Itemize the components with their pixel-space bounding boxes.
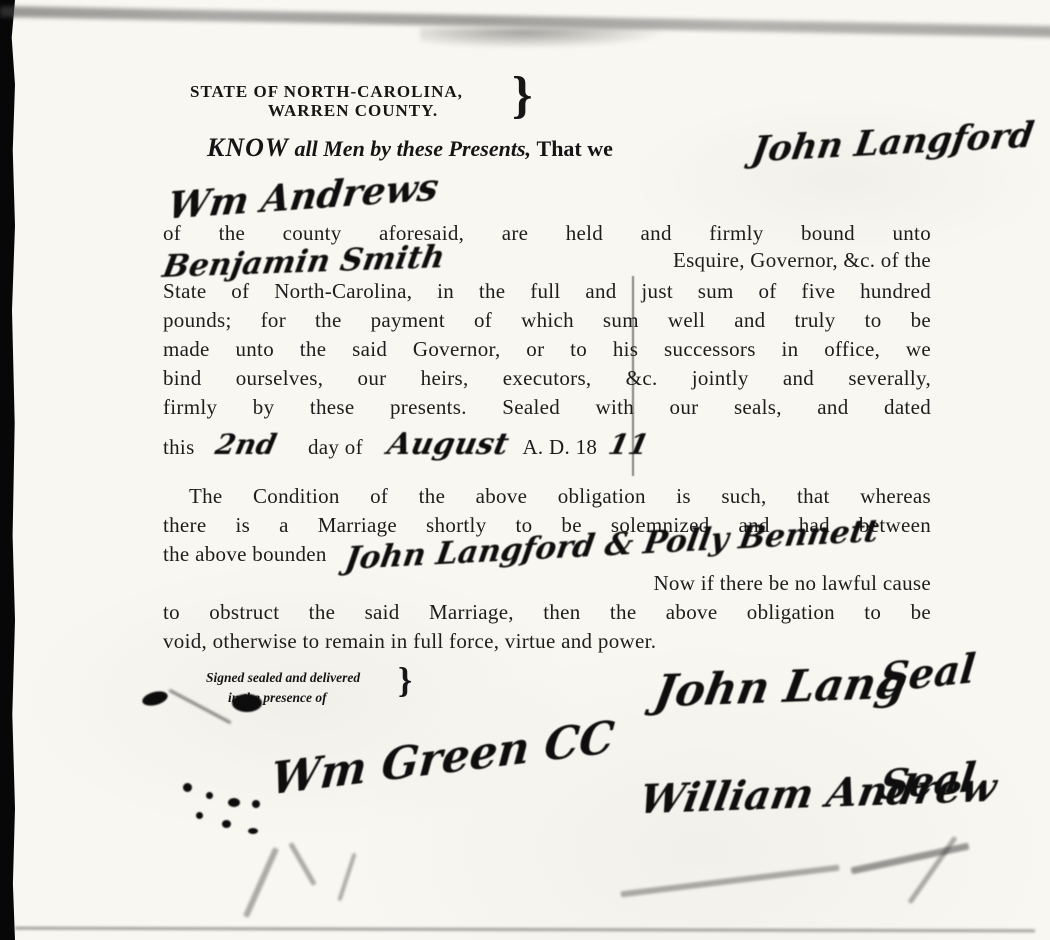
date-day-of: day of [308, 435, 363, 459]
scan-bottom-smudge [15, 927, 1035, 933]
body-line-4: pounds; for the payment of which sum wel… [163, 308, 931, 333]
bleedthrough-stroke [337, 853, 356, 902]
handwritten-obligor-2: Wm Andrews [167, 165, 440, 228]
signature-principal-seal: Seal [878, 645, 978, 702]
ink-spatter-dot [228, 798, 240, 807]
scanned-marriage-bond-document: STATE OF NORTH-CAROLINA, WARREN COUNTY. … [0, 0, 1050, 940]
handwritten-obligor-1: John Langford [751, 115, 1034, 171]
ink-spatter-dot [252, 800, 260, 808]
attestation-brace: } [398, 662, 412, 698]
handwritten-year: 11 [609, 428, 649, 461]
date-line: this 2nd day of August A. D. 18 11 [163, 427, 931, 462]
body-line-3: State of North-Carolina, in the full and… [163, 279, 931, 304]
opening-printed-rest: all Men by these Presents, [295, 136, 532, 161]
signature-principal: John Lang [654, 658, 907, 718]
attestation-line-1: Signed sealed and delivered [206, 668, 360, 688]
date-this: this [163, 435, 195, 459]
body-line-5: made unto the said Governor, or to his s… [163, 337, 931, 362]
body-line-6: bind ourselves, our heirs, executors, &c… [163, 366, 931, 391]
header-county-line: WARREN COUNTY. [188, 101, 518, 121]
signature-witness: Wm Green CC [268, 712, 617, 805]
bleedthrough-stroke [851, 843, 970, 875]
scan-left-edge [0, 0, 15, 940]
attestation-block: Signed sealed and delivered in the prese… [206, 668, 360, 709]
opening-line: KNOW all Men by these Presents, That we [207, 133, 613, 163]
condition-line-6: void, otherwise to remain in full force,… [163, 629, 931, 654]
ink-blot [141, 689, 169, 708]
condition-line-4: Now if there be no lawful cause [163, 571, 931, 596]
bleedthrough-stroke [908, 836, 958, 904]
header-state-line: STATE OF NORTH-CAROLINA, [190, 82, 463, 102]
bleedthrough-stroke [243, 847, 279, 918]
ink-spatter-dot [183, 783, 192, 792]
body-line-2-printed: Esquire, Governor, &c. of the [673, 248, 931, 273]
opening-know-word: KNOW [207, 133, 289, 162]
date-year-printed: A. D. 18 [522, 435, 597, 459]
ink-spatter-dot [206, 792, 213, 799]
body-line-1: of the county aforesaid, are held and fi… [163, 221, 931, 246]
bleedthrough-stroke [620, 865, 839, 898]
ink-blot [232, 694, 262, 712]
bleedthrough-stroke [288, 842, 316, 886]
ink-spatter-dot [248, 828, 258, 834]
body-line-7: firmly by these presents. Sealed with ou… [163, 395, 931, 420]
ink-spatter-dot [196, 812, 203, 819]
opening-that-we: That we [537, 136, 613, 161]
scan-top-smudge-detail [420, 28, 680, 50]
header-brace: } [512, 70, 533, 122]
handwritten-day: 2nd [216, 428, 276, 461]
condition-line-5: to obstruct the said Marriage, then the … [163, 600, 931, 625]
handwritten-month: August [388, 427, 508, 462]
signature-surety-seal: Seal [878, 754, 977, 809]
condition-line-1: The Condition of the above obligation is… [163, 484, 931, 509]
ink-spatter-dot [222, 820, 231, 828]
